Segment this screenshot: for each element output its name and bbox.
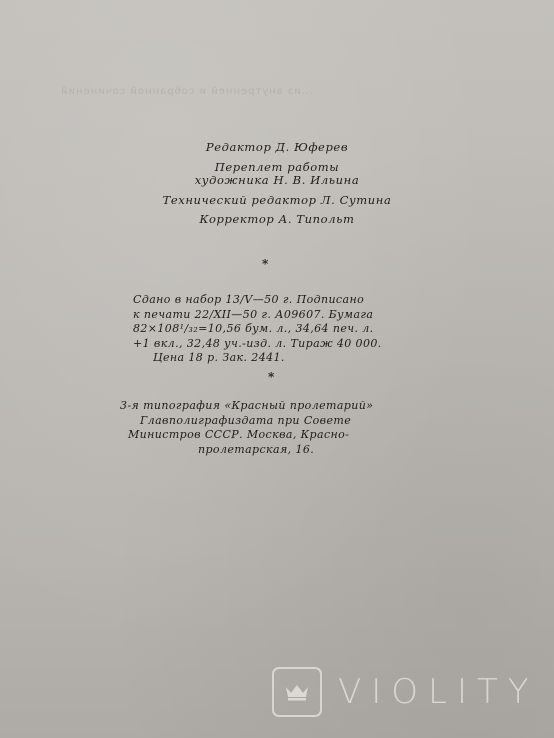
violity-watermark: VIOLITY: [272, 667, 539, 717]
printer-line: Главполиграфиздата при Совете: [120, 414, 420, 429]
book-page: ...из внутренней и собранной сочинений Р…: [0, 0, 554, 738]
proofreader-credit: Корректор А. Типольт: [0, 214, 554, 226]
binding-credit-line2: художника Н. В. Ильина: [0, 175, 554, 187]
tech-editor-credit: Технический редактор Л. Сутина: [0, 195, 554, 207]
imprint-block: Сдано в набор 13/V—50 г. Подписано к печ…: [133, 293, 427, 366]
imprint-line: к печати 22/XII—50 г. А09607. Бумага: [133, 308, 427, 323]
binding-credit-line1: Переплет работы: [0, 162, 554, 174]
editor-credit: Редактор Д. Юферев: [0, 142, 554, 154]
printer-line: Министров СССР. Москва, Красно-: [120, 428, 420, 443]
bleed-through-text: ...из внутренней и собранной сочинений: [60, 86, 313, 97]
printer-line: 3-я типография «Красный пролетарий»: [120, 399, 420, 414]
separator-asterisk: *: [268, 370, 274, 384]
imprint-line: 82×108¹/₃₂=10,56 бум. л., 34,64 печ. л.: [133, 322, 427, 337]
imprint-line: +1 вкл., 32,48 уч.-изд. л. Тираж 40 000.: [133, 337, 427, 352]
printer-line: пролетарская, 16.: [120, 443, 420, 458]
imprint-line: Сдано в набор 13/V—50 г. Подписано: [133, 293, 427, 308]
separator-asterisk: *: [262, 257, 268, 271]
watermark-text: VIOLITY: [338, 672, 539, 712]
credits-block: Редактор Д. Юферев Переплет работы худож…: [0, 142, 554, 234]
imprint-line-price: Цена 18 р. Зак. 2441.: [133, 351, 427, 366]
crown-icon: [272, 667, 322, 717]
printer-block: 3-я типография «Красный пролетарий» Глав…: [120, 399, 420, 457]
